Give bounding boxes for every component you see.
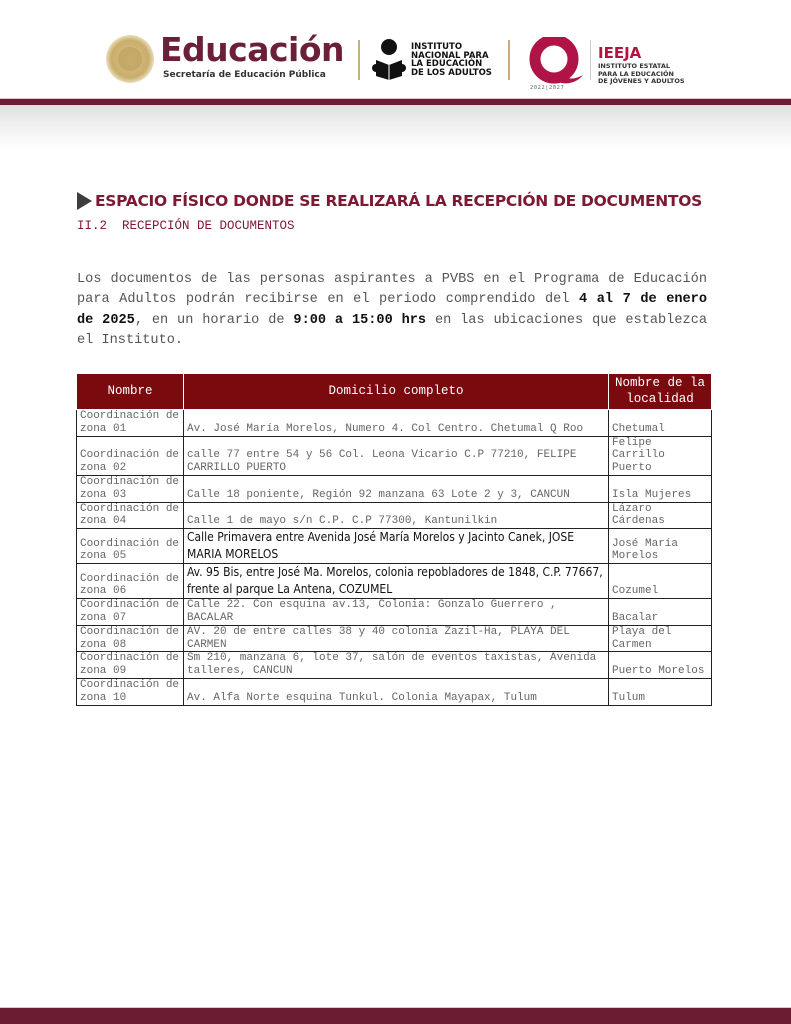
cell-nombre: Coordinación de zona 02 [77,436,184,475]
locations-table: Nombre Domicilio completo Nombre de la l… [76,373,712,706]
column-header-nombre: Nombre [77,374,184,410]
cell-localidad: Isla Mujeres [609,475,712,502]
triangle-bullet-icon [77,192,92,210]
header-shadow [0,105,791,150]
table-row: Coordinación de zona 10Av. Alfa Norte es… [77,678,712,705]
cell-localidad: José María Morelos [609,529,712,564]
cell-domicilio: Calle 1 de mayo s/n C.P. C.P 77300, Kant… [184,502,609,529]
cell-nombre: Coordinación de zona 01 [77,410,184,437]
cell-domicilio: Calle Primavera entre Avenida José María… [184,529,609,564]
table-row: Coordinación de zona 01Av. José María Mo… [77,410,712,437]
page-header: Educación Secretaría de Educación Públic… [0,0,791,98]
hours-range: 9:00 a 15:00 hrs [293,313,426,328]
ieeja-logo-subtitle: INSTITUTO ESTATAL PARA LA EDUCACIÓN DE J… [598,63,685,86]
inea-logo-text: INSTITUTO NACIONAL PARA LA EDUCACIÓN DE … [411,43,492,77]
table-row: Coordinación de zona 04Calle 1 de mayo s… [77,502,712,529]
cell-localidad: Puerto Morelos [609,652,712,679]
cell-domicilio: Calle 18 poniente, Región 92 manzana 63 … [184,475,609,502]
cell-localidad: Playa del Carmen [609,625,712,652]
q-logo-years: 2022|2027 [530,85,564,91]
table-row: Coordinación de zona 03Calle 18 poniente… [77,475,712,502]
cell-domicilio: Sm 210, manzana 6, lote 37, salón de eve… [184,652,609,679]
table-row: Coordinación de zona 02calle 77 entre 54… [77,436,712,475]
table-row: Coordinación de zona 07Calle 22. Con esq… [77,599,712,626]
cell-nombre: Coordinación de zona 07 [77,599,184,626]
cell-localidad: Lázaro Cárdenas [609,502,712,529]
cell-nombre: Coordinación de zona 04 [77,502,184,529]
sep-logo-subtitle: Secretaría de Educación Pública [163,70,326,80]
cell-nombre: Coordinación de zona 05 [77,529,184,564]
table-header-row: Nombre Domicilio completo Nombre de la l… [77,374,712,410]
header-band [0,98,791,105]
section-heading: ESPACIO FÍSICO DONDE SE REALIZARÁ LA REC… [77,190,702,212]
ieeja-logo-title: IEEJA [598,44,641,62]
logo-divider [358,40,360,80]
q-quality-logo-icon [527,37,585,87]
sep-logo-title: Educación [160,30,344,69]
cell-domicilio: Av. Alfa Norte esquina Tunkul. Colonia M… [184,678,609,705]
table-row: Coordinación de zona 06Av. 95 Bis, entre… [77,564,712,599]
section-title: ESPACIO FÍSICO DONDE SE REALIZARÁ LA REC… [95,192,702,210]
cell-localidad: Tulum [609,678,712,705]
footer-band [0,1007,791,1024]
cell-domicilio: calle 77 entre 54 y 56 Col. Leona Vicari… [184,436,609,475]
cell-nombre: Coordinación de zona 03 [77,475,184,502]
logo-divider [508,40,510,80]
cell-localidad: Chetumal [609,410,712,437]
cell-nombre: Coordinación de zona 08 [77,625,184,652]
table-row: Coordinación de zona 05Calle Primavera e… [77,529,712,564]
cell-nombre: Coordinación de zona 06 [77,564,184,599]
cell-domicilio: Calle 22. Con esquina av.13, Colonia: Go… [184,599,609,626]
cell-localidad: Bacalar [609,599,712,626]
cell-localidad: Cozumel [609,564,712,599]
intro-paragraph: Los documentos de las personas aspirante… [77,270,707,352]
cell-nombre: Coordinación de zona 10 [77,678,184,705]
logo-divider [590,40,591,80]
cell-domicilio: Av. 95 Bis, entre José Ma. Morelos, colo… [184,564,609,599]
cell-nombre: Coordinación de zona 09 [77,652,184,679]
cell-domicilio: AV. 20 de entre calles 38 y 40 colonia Z… [184,625,609,652]
coat-of-arms-icon [106,35,154,83]
reading-person-icon [372,38,406,80]
column-header-localidad: Nombre de la localidad [609,374,712,410]
cell-domicilio: Av. José María Morelos, Numero 4. Col Ce… [184,410,609,437]
section-subtitle: II.2 RECEPCIÓN DE DOCUMENTOS [77,219,295,233]
cell-localidad: Felipe Carrillo Puerto [609,436,712,475]
table-row: Coordinación de zona 09Sm 210, manzana 6… [77,652,712,679]
column-header-domicilio: Domicilio completo [184,374,609,410]
table-row: Coordinación de zona 08AV. 20 de entre c… [77,625,712,652]
